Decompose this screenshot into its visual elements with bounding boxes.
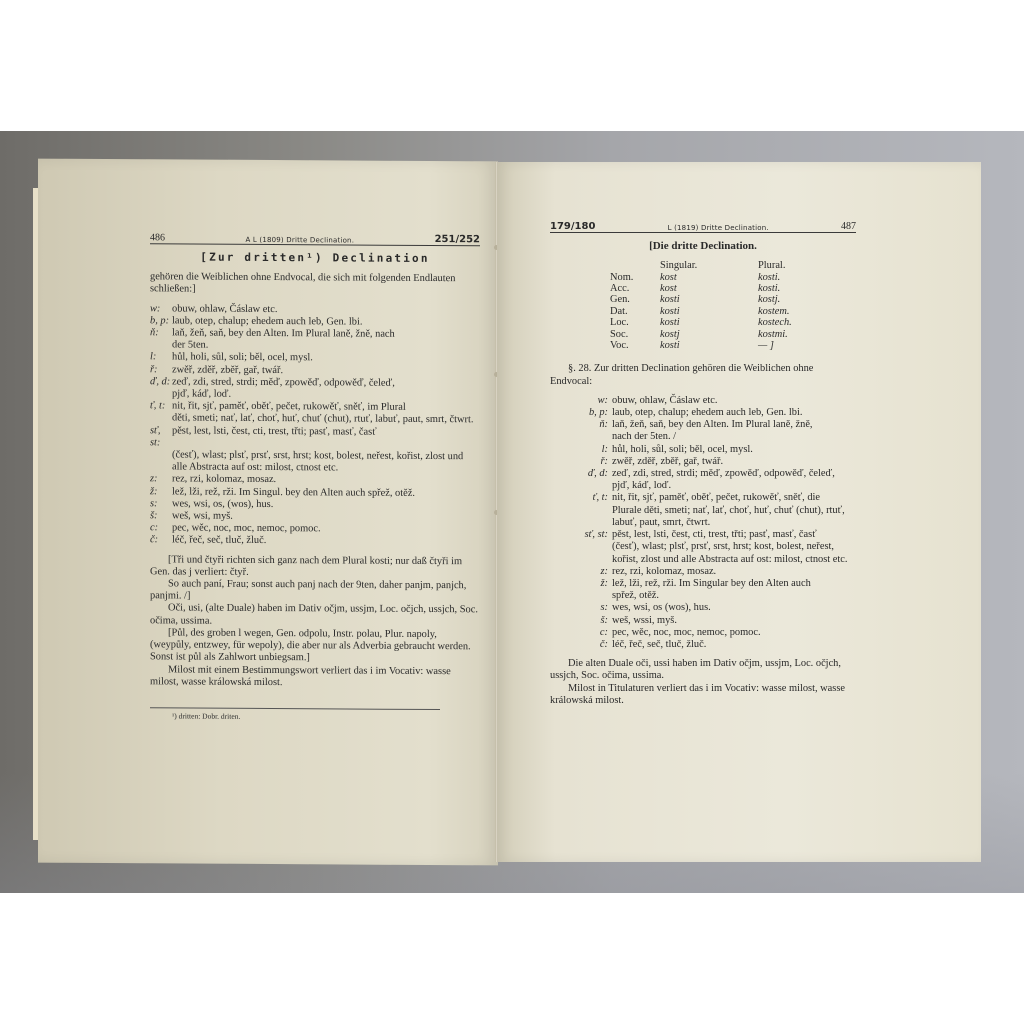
entry-ending: l: — [150, 352, 172, 364]
entry-examples: lež, lži, rež, rži. Im Singular bey den … — [612, 578, 856, 590]
entry-ending: ď, d: — [150, 376, 172, 388]
entry-ending: č: — [550, 639, 612, 651]
right-entry-list: w:obuw, ohlaw, Čáslaw etc.b, p:laub, ote… — [550, 395, 856, 651]
declension-entry: s:wes, wsi, os (wos), hus. — [550, 602, 856, 614]
entry-ending: ř: — [550, 456, 612, 468]
body-paragraph: [Půl, des groben l wegen, Gen. odpolu, I… — [150, 627, 480, 666]
plural-form: kostmi. — [758, 329, 798, 340]
entry-examples: nit, řit, sjť, paměť, oběť, pečet, rukow… — [612, 492, 856, 504]
entry-examples: léč, řeč, seč, tluč, žluč. — [612, 639, 856, 651]
entry-ending: b, p: — [550, 407, 612, 419]
entry-examples: zeď, zdi, stred, strdi; měď, zpowěď, odp… — [612, 468, 856, 480]
entry-ending: š: — [150, 510, 172, 522]
entry-ending: s: — [550, 602, 612, 614]
plural-form: — ] — [758, 340, 798, 351]
plural-form: kosti. — [758, 272, 798, 283]
declension-entry: č:léč, řeč, seč, tluč, žluč. — [550, 639, 856, 651]
plural-form: kostech. — [758, 317, 798, 328]
entry-examples: laň, žeň, saň, bey den Alten. Im Plural … — [172, 327, 480, 341]
entry-continuation: pjď, káď, loď. — [550, 480, 856, 492]
entry-ending: w: — [150, 303, 172, 315]
entry-ending: c: — [150, 523, 172, 535]
entry-ending: ň: — [550, 419, 612, 431]
left-entry-list: w:obuw, ohlaw, Čáslaw etc.b, p:laub, ote… — [150, 303, 480, 549]
declension-row: Soc.kostjkostmi. — [610, 329, 798, 340]
entry-examples: zwěř, zděř, zběř, gař, twář. — [612, 456, 856, 468]
entry-examples: rez, rzi, kolomaz, mosaz. — [612, 566, 856, 578]
declension-entry: w:obuw, ohlaw, Čáslaw etc. — [550, 395, 856, 407]
right-paragraphs: Die alten Duale oči, ussi haben im Dativ… — [550, 658, 856, 707]
left-heading: [Zur dritten¹) Declination — [150, 251, 480, 265]
plural-form: kostj. — [758, 294, 798, 305]
declension-entry: z:rez, rzi, kolomaz, mosaz. — [550, 566, 856, 578]
left-page: 486 A L (1809) Dritte Declination. 251/2… — [38, 159, 498, 866]
declension-entry: č:léč, řeč, seč, tluč, žluč. — [150, 535, 480, 549]
entry-ending: ž: — [150, 486, 172, 498]
case-name: Acc. — [610, 283, 660, 294]
declension-entry: ž:lež, lži, rež, rži. Im Singular bey de… — [550, 578, 856, 590]
declension-row: Loc.kostikostech. — [610, 317, 798, 328]
entry-examples: laň, žeň, saň, bey den Alten. Im Plural … — [612, 419, 856, 431]
body-paragraph: Oči, usi, (alte Duale) haben im Dativ oč… — [150, 603, 480, 629]
entry-ending: sť, st: — [550, 529, 612, 541]
case-name: Soc. — [610, 329, 660, 340]
case-name: Voc. — [610, 340, 660, 351]
entry-ending: ř: — [150, 364, 172, 376]
entry-ending: ň: — [150, 327, 172, 339]
plural-header: Plural. — [758, 260, 798, 271]
entry-examples: pěst, lest, lsti, čest, cti, trest, třti… — [172, 425, 480, 451]
singular-form: kost — [660, 283, 758, 294]
case-name: Dat. — [610, 306, 660, 317]
entry-ending: ď, d: — [550, 468, 612, 480]
declension-entry: sť, st:pěst, lest, lsti, čest, cti, tres… — [150, 425, 480, 451]
singular-header: Singular. — [660, 260, 758, 271]
entry-ending: ť, t: — [150, 401, 172, 413]
declension-entry: ť, t:nit, řit, sjť, paměť, oběť, pečet, … — [550, 492, 856, 504]
entry-ending: ž: — [550, 578, 612, 590]
singular-form: kosti — [660, 340, 758, 351]
declension-entry: ř:zwěř, zděř, zběř, gař, twář. — [550, 456, 856, 468]
entry-ending: s: — [150, 498, 172, 510]
entry-continuation: (česť), wlast; plsť, prsť, srst, hrst; k… — [550, 541, 856, 565]
entry-examples: pec, wěc, noc, moc, nemoc, pomoc. — [612, 627, 856, 639]
entry-examples: weš, wssi, myš. — [612, 615, 856, 627]
entry-ending: w: — [550, 395, 612, 407]
body-paragraph: Milost mit einem Bestimmungswort verlier… — [150, 664, 480, 690]
left-running-header: 486 A L (1809) Dritte Declination. 251/2… — [150, 229, 480, 246]
left-ref-number: 251/252 — [435, 234, 480, 245]
singular-form: kostj — [660, 329, 758, 340]
entry-examples: pěst, lest, lsti, čest, cti, trest, třti… — [612, 529, 856, 541]
entry-continuation: spřež, otěž. — [550, 590, 856, 602]
declension-row: Gen.kostikostj. — [610, 294, 798, 305]
entry-continuation: Plurale děti, smeti; nať, lať, choť, huť… — [550, 505, 856, 529]
right-ref-number: 179/180 — [550, 221, 595, 232]
declension-entry: l:hůl, holi, sůl, soli; běl, ocel, mysl. — [550, 444, 856, 456]
singular-form: kosti — [660, 294, 758, 305]
singular-form: kosti — [660, 317, 758, 328]
body-paragraph: So auch paní, Frau; sonst auch panj nach… — [150, 578, 480, 604]
entry-ending: š: — [550, 615, 612, 627]
right-body: [Die dritte Declination. Singular. Plura… — [550, 240, 856, 707]
declension-row: Acc.kostkosti. — [610, 283, 798, 294]
left-body: [Zur dritten¹) Declination gehören die W… — [150, 251, 480, 690]
declension-row: Voc.kosti— ] — [610, 340, 798, 351]
left-paragraphs: [Tři und čtyři richten sich ganz nach de… — [150, 554, 480, 690]
entry-examples: wes, wsi, os (wos), hus. — [612, 602, 856, 614]
entry-ending: č: — [150, 535, 172, 547]
case-name: Gen. — [610, 294, 660, 305]
entry-ending: z: — [150, 474, 172, 486]
right-page: 179/180 L (1819) Dritte Declination. 487… — [497, 162, 981, 862]
declension-entry: ď, d:zeď, zdi, stred, strdi; měď, zpowěď… — [550, 468, 856, 480]
footnote-rule — [150, 707, 440, 710]
right-page-number: 487 — [841, 221, 856, 232]
case-name: Nom. — [610, 272, 660, 283]
plural-form: kosti. — [758, 283, 798, 294]
entry-continuation: nach der 5ten. / — [550, 431, 856, 443]
entry-ending: sť, st: — [150, 425, 172, 450]
singular-form: kost — [660, 272, 758, 283]
left-page-number: 486 — [150, 232, 165, 243]
left-running-title: A L (1809) Dritte Declination. — [245, 236, 354, 245]
declension-entry: c:pec, wěc, noc, moc, nemoc, pomoc. — [550, 627, 856, 639]
entry-ending: l: — [550, 444, 612, 456]
declension-entry: š:weš, wssi, myš. — [550, 615, 856, 627]
declension-entry: ň:laň, žeň, saň, bey den Alten. Im Plura… — [550, 419, 856, 431]
entry-ending: c: — [550, 627, 612, 639]
section-intro: §. 28. Zur dritten Declination gehören d… — [550, 363, 856, 387]
declension-row: Nom.kostkosti. — [610, 272, 798, 283]
right-running-header: 179/180 L (1819) Dritte Declination. 487 — [550, 218, 856, 233]
entry-examples: obuw, ohlaw, Čáslaw etc. — [612, 395, 856, 407]
left-intro: gehören die Weiblichen ohne Endvocal, di… — [150, 271, 480, 297]
entry-ending: z: — [550, 566, 612, 578]
declension-entry: b, p:laub, otep, chalup; ehedem auch leb… — [550, 407, 856, 419]
entry-continuation: (česť), wlast; plsť, prsť, srst, hrst; k… — [150, 449, 480, 475]
body-paragraph: Die alten Duale oči, ussi haben im Dativ… — [550, 658, 856, 682]
entry-examples: hůl, holi, sůl, soli; běl, ocel, mysl. — [612, 444, 856, 456]
entry-examples: laub, otep, chalup; ehedem auch leb, Gen… — [612, 407, 856, 419]
right-heading: [Die dritte Declination. — [550, 240, 856, 252]
declension-row: Dat.kostikostem. — [610, 306, 798, 317]
declension-entry: sť, st:pěst, lest, lsti, čest, cti, tres… — [550, 529, 856, 541]
plural-form: kostem. — [758, 306, 798, 317]
right-running-title: L (1819) Dritte Declination. — [668, 224, 769, 232]
singular-form: kosti — [660, 306, 758, 317]
entry-ending: b, p: — [150, 315, 172, 327]
declension-table: Singular. Plural. Nom.kostkosti.Acc.kost… — [610, 260, 798, 351]
entry-ending: ť, t: — [550, 492, 612, 504]
body-paragraph: Milost in Titulaturen verliert das i im … — [550, 683, 856, 707]
entry-examples: léč, řeč, seč, tluč, žluč. — [172, 535, 480, 549]
body-paragraph: [Tři und čtyři richten sich ganz nach de… — [150, 554, 480, 580]
case-name: Loc. — [610, 317, 660, 328]
footnote: ¹) dritten: Dobr. driten. — [172, 711, 240, 720]
